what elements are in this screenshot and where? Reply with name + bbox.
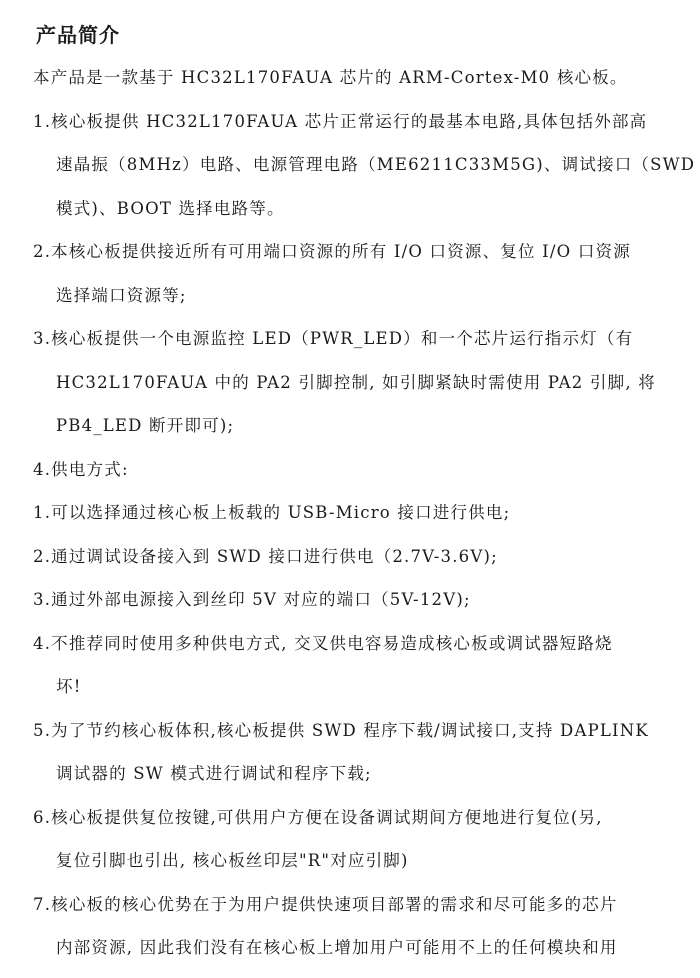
list-item-3: 3.核心板提供一个电源监控 LED（PWR_LED）和一个芯片运行指示灯（有 [33,327,633,351]
power-item-4-cont: 坏! [56,675,82,699]
power-item-3: 3.通过外部电源接入到丝印 5V 对应的端口（5V-12V); [33,588,471,612]
list-item-7-cont: 内部资源, 因此我们没有在核心板上增加用户可能用不上的任何模块和用 [56,936,618,960]
power-item-1: 1.可以选择通过核心板上板载的 USB-Micro 接口进行供电; [33,501,510,525]
list-item-3-cont: PB4_LED 断开即可); [56,414,234,438]
power-item-2: 2.通过调试设备接入到 SWD 接口进行供电（2.7V-3.6V); [33,545,498,569]
list-item-1-cont: 速晶振（8MHz）电路、电源管理电路（ME6211C33M5G)、调试接口（SW… [56,153,695,177]
list-item-6: 6.核心板提供复位按键,可供用户方便在设备调试期间方便地进行复位(另, [33,806,603,830]
list-item-5-cont: 调试器的 SW 模式进行调试和程序下载; [56,762,372,786]
power-item-4: 4.不推荐同时使用多种供电方式, 交叉供电容易造成核心板或调试器短路烧 [33,632,613,656]
intro-line: 本产品是一款基于 HC32L170FAUA 芯片的 ARM-Cortex-M0 … [33,66,628,90]
list-item-7: 7.核心板的核心优势在于为用户提供快速项目部署的需求和尽可能多的芯片 [33,893,618,917]
list-item-1: 1.核心板提供 HC32L170FAUA 芯片正常运行的最基本电路,具体包括外部… [33,110,647,134]
section-title: 产品简介 [36,20,120,50]
list-item-1-cont: 模式)、BOOT 选择电路等。 [56,197,285,221]
list-item-4: 4.供电方式: [33,458,129,482]
list-item-3-cont: HC32L170FAUA 中的 PA2 引脚控制, 如引脚紧缺时需使用 PA2 … [56,371,656,395]
list-item-6-cont: 复位引脚也引出, 核心板丝印层"R"对应引脚) [56,849,409,873]
list-item-5: 5.为了节约核心板体积,核心板提供 SWD 程序下载/调试接口,支持 DAPLI… [33,719,649,743]
list-item-2-cont: 选择端口资源等; [56,284,187,308]
list-item-2: 2.本核心板提供接近所有可用端口资源的所有 I/O 口资源、复位 I/O 口资源 [33,240,631,264]
